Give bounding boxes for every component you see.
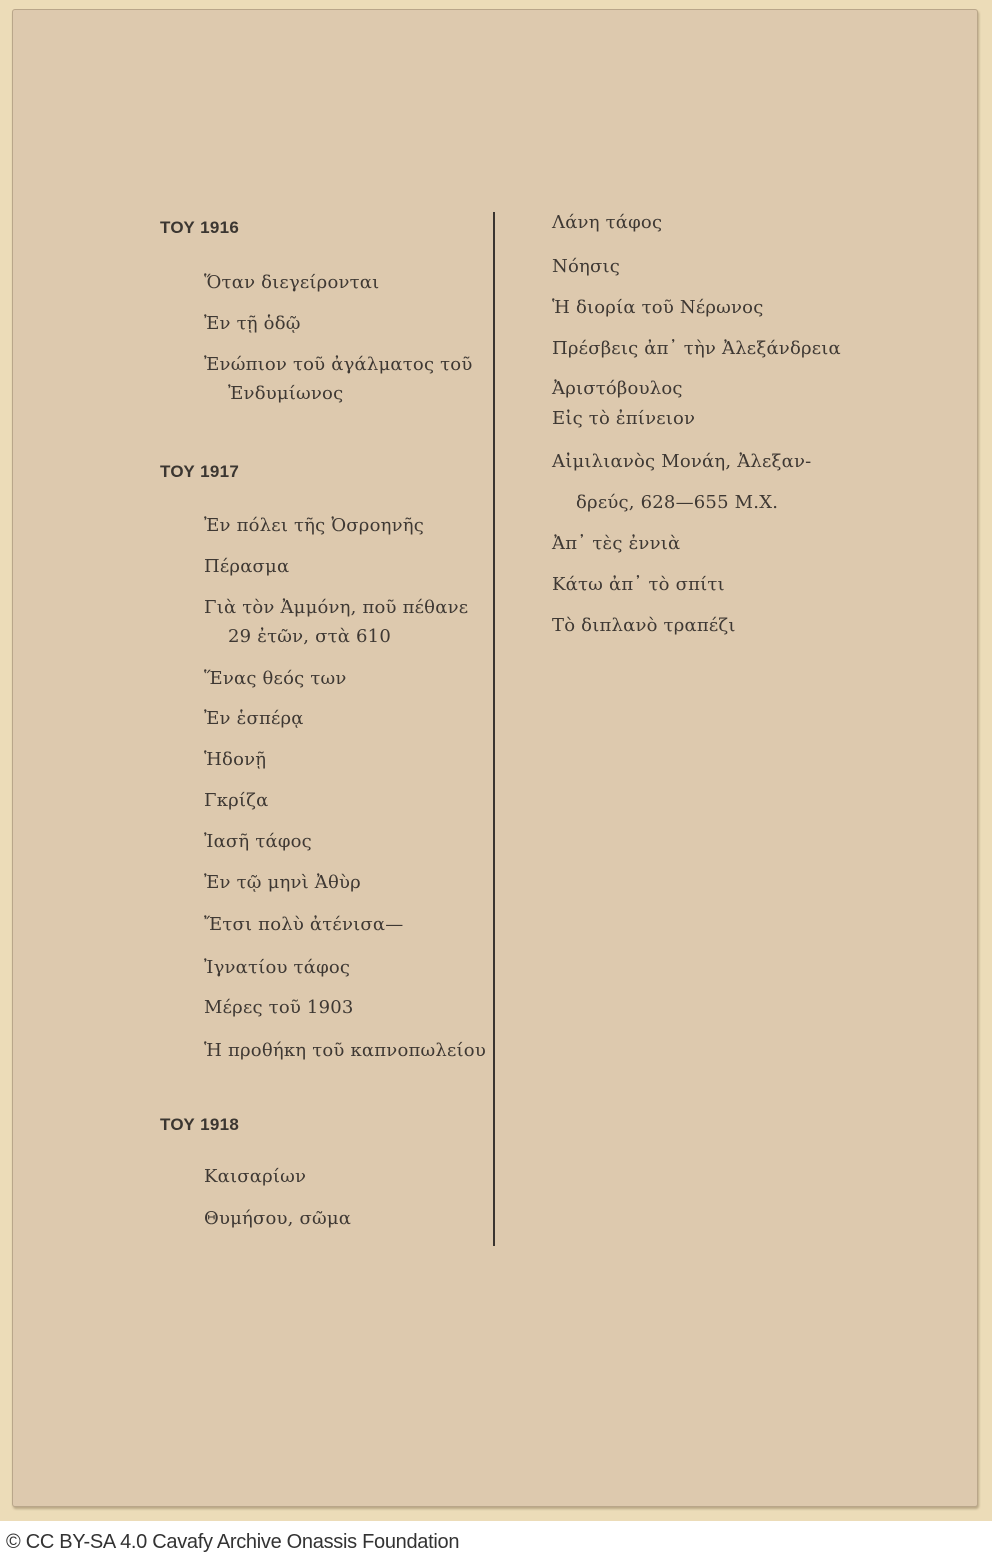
column-divider	[493, 212, 495, 1246]
poem-title: Λάνη τάφος	[552, 212, 662, 233]
poem-title: Πρέσβεις ἀπ᾿ τὴν Ἀλεξάνδρεια	[552, 338, 841, 359]
poem-title: Θυμήσου, σῶμα	[204, 1208, 351, 1229]
poem-title: Γκρίζα	[204, 790, 269, 811]
poem-title: Ἕνας θεός των	[204, 668, 347, 689]
copyright-credit: © CC BY-SA 4.0 Cavafy Archive Onassis Fo…	[6, 1531, 459, 1554]
section-heading-1917: ΤΟΥ 1917	[160, 462, 239, 482]
poem-title: Κάτω ἀπ᾿ τὸ σπίτι	[552, 574, 725, 595]
poem-title: Καισαρίων	[204, 1166, 306, 1187]
poem-title-continuation: Ἐνδυμίωνος	[228, 383, 343, 404]
poem-title: Ἡ διορία τοῦ Νέρωνος	[552, 297, 763, 318]
poem-title: Τὸ διπλανὸ τραπέζι	[552, 615, 736, 636]
poem-title: Ἀριστόβουλος	[552, 378, 683, 399]
poem-title-continuation: δρεύς, 628—655 Μ.Χ.	[576, 492, 778, 513]
section-heading-1918: ΤΟΥ 1918	[160, 1115, 239, 1135]
poem-title: Ἐν ἑσπέρᾳ	[204, 708, 304, 729]
poem-title: Ἐν τῷ μηνὶ Ἀθὺρ	[204, 872, 361, 893]
poem-title: Αἰμιλιανὸς Μονάη, Ἀλεξαν-	[552, 451, 811, 472]
poem-title: Ὅταν διεγείρονται	[204, 272, 379, 293]
poem-title: Ἡ προθήκη τοῦ καπνοπωλείου	[204, 1040, 486, 1061]
poem-title: Ἰασῆ τάφος	[204, 831, 312, 852]
poem-title: Ἔτσι πολὺ ἀτένισα—	[204, 914, 403, 935]
poem-title-continuation: 29 ἐτῶν, στὰ 610	[228, 626, 391, 647]
poem-title: Πέρασμα	[204, 556, 289, 577]
poem-title: Μέρες τοῦ 1903	[204, 997, 354, 1018]
poem-title: Ἐνώπιον τοῦ ἀγάλματος τοῦ	[204, 354, 473, 375]
document-page	[12, 9, 978, 1507]
poem-title: Ἡδονῇ	[204, 749, 266, 770]
section-heading-1916: ΤΟΥ 1916	[160, 218, 239, 238]
poem-title: Ἰγνατίου τάφος	[204, 957, 350, 978]
poem-title: Εἰς τὸ ἐπίνειον	[552, 408, 695, 429]
poem-title: Ἀπ᾿ τὲς ἐννιὰ	[552, 533, 680, 554]
poem-title: Νόησις	[552, 256, 620, 277]
poem-title: Ἐν τῇ ὁδῷ	[204, 313, 301, 334]
poem-title: Γιὰ τὸν Ἀμμόνη, ποῦ πέθανε	[204, 597, 468, 618]
poem-title: Ἐν πόλει τῆς Ὀσροηνῆς	[204, 515, 424, 536]
